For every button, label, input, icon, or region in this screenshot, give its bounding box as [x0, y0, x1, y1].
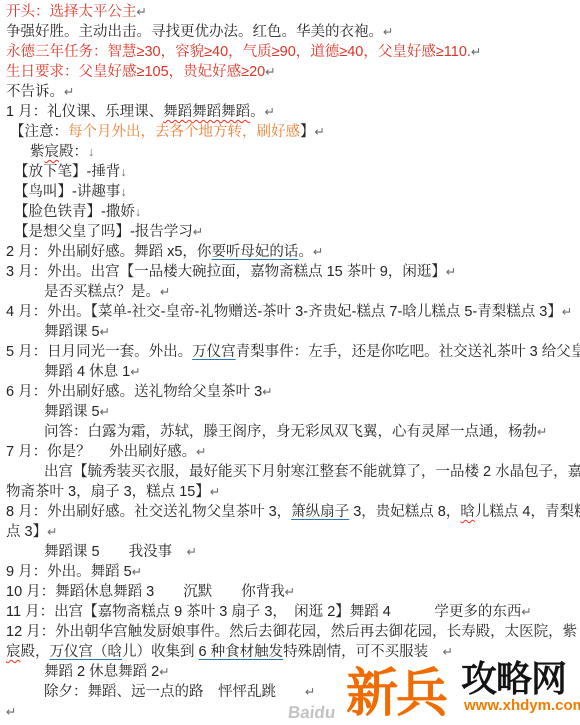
- text-segment: 除夕：舞蹈、远一点的路 怦怦乱跳: [44, 684, 305, 700]
- doc-line-18: 5 月：日月同光一套。外出。万仪宫青梨事件：左手，还是你吃吧。社交送礼茶叶 3 …: [6, 342, 580, 362]
- paragraph-mark: ↵: [210, 485, 220, 499]
- paragraph-mark: ↵: [443, 645, 453, 659]
- text-segment: 【放下笔】-捶背: [14, 164, 120, 180]
- paragraph-mark: ↵: [315, 125, 325, 139]
- text-segment: 殿：: [59, 144, 88, 160]
- underlined-link-text[interactable]: 要听母妃的话: [211, 244, 298, 260]
- text-segment: 。: [298, 244, 313, 260]
- doc-line-12: 【是想父皇了吗】-报告学习↵: [6, 222, 580, 242]
- paragraph-mark: ↵: [285, 585, 295, 599]
- paragraph-mark: ↵: [193, 225, 203, 239]
- underlined-link-text[interactable]: 6 种食材触发: [199, 644, 284, 660]
- doc-line-20: 6 月：外出刷好感。送礼物给父皇茶叶 3↵: [6, 382, 580, 402]
- paragraph-mark: ↵: [159, 665, 169, 679]
- text-segment: 2 月：外出刷好感。舞蹈 x5，你: [6, 244, 211, 260]
- paragraph-mark: ↵: [64, 85, 74, 99]
- text-segment: 点 3】: [6, 524, 47, 540]
- text-segment: 争强好胜。主动出击。寻找更优办法。红色。华美的衣袍。: [6, 24, 383, 40]
- text-segment: 12 月：外出朝华宫触发厨娘事件。然后去御花园，然后再去御花园，长寿殿，太医院，…: [6, 624, 577, 640]
- spellcheck-flagged-text: 宸: [6, 644, 21, 660]
- underlined-link-text[interactable]: 箫纵扇子: [291, 504, 349, 520]
- text-segment: 【是想父皇了吗】-报告学习: [14, 224, 193, 240]
- doc-line-34: 舞蹈 2 休息舞蹈 2↵: [6, 662, 580, 682]
- paragraph-mark: ↵: [265, 65, 275, 79]
- paragraph-mark: ↵: [100, 405, 110, 419]
- doc-line-4: 生日要求：父皇好感≥105，贵妃好感≥20↵: [6, 62, 580, 82]
- doc-line-16: 4 月：外出。【菜单-社交-皇帝-礼物赠送-茶叶 3-齐贵妃-糕点 7-晗儿糕点…: [6, 302, 580, 322]
- doc-line-24: 出宫【毓秀装买衣服，最好能买下月射寒江整套不能就算了，一品楼 2 水晶包子，嘉: [6, 462, 580, 482]
- text-segment: 舞蹈课 5: [44, 324, 100, 340]
- paragraph-mark: ↵: [47, 525, 57, 539]
- paragraph-mark: ↵: [130, 365, 140, 379]
- text-segment: 不告诉。: [6, 84, 64, 100]
- spellcheck-flagged-text: 舞蹈舞蹈舞蹈: [163, 104, 250, 120]
- paragraph-mark: ↵: [521, 605, 531, 619]
- text-segment: 8 月：外出刷好感。社交送礼物父皇茶叶 3，: [6, 504, 291, 520]
- document-page: 开头：选择太平公主↵争强好胜。主动出击。寻找更优办法。红色。华美的衣袍。↵永德三…: [0, 0, 580, 725]
- doc-line-21: 舞蹈课 5↵: [6, 402, 580, 422]
- paragraph-mark: ↵: [196, 445, 206, 459]
- text-segment: 殿，: [21, 644, 50, 660]
- text-segment: 舞蹈课 5 我没事: [44, 544, 187, 560]
- doc-line-23: 7 月：你是？ 外出刷好感。↵: [6, 442, 580, 462]
- text-segment: 5 月：日月同光一套。外出。: [6, 344, 192, 360]
- text-segment: 10 月：舞蹈休息舞蹈 3 沉默 你背我: [6, 584, 285, 600]
- doc-line-9: 【放下笔】-捶背↓: [6, 162, 580, 182]
- text-segment: 4 月：外出。【菜单-社交-皇帝-礼物赠送-茶叶 3-齐贵妃-糕点 7-晗儿糕点…: [6, 304, 562, 320]
- paragraph-mark: ↵: [100, 325, 110, 339]
- doc-line-25: 物斋茶叶 3，扇子 3，糕点 15】↵: [6, 482, 580, 502]
- text-segment: 9 月：外出。舞蹈 5: [6, 564, 132, 580]
- paragraph-mark: ↵: [265, 105, 275, 119]
- paragraph-mark: ↵: [562, 305, 572, 319]
- doc-line-22: 问答：白露为霜，苏轼，滕王阁序，身无彩凤双飞翼，心有灵犀一点通，杨勃↵: [6, 422, 580, 442]
- paragraph-mark: ↓: [120, 165, 126, 179]
- text-segment: 问答：白露为霜，苏轼，滕王阁序，身无彩凤双飞翼，心有灵犀一点通，杨勃: [44, 424, 537, 440]
- doc-line-11: 【脸色铁青】-撒娇↓: [6, 202, 580, 222]
- doc-line-27: 点 3】↵: [6, 522, 580, 542]
- paragraph-mark: ↓: [88, 145, 94, 159]
- text-segment: 7 月：你是？ 外出刷好感。: [6, 444, 196, 460]
- text-segment: 舞蹈 4 休息 1: [44, 364, 130, 380]
- doc-line-29: 9 月：外出。舞蹈 5↵: [6, 562, 580, 582]
- doc-line-7: 【注意：每个月外出，去各个地方转，刷好感】↵: [6, 122, 580, 142]
- paragraph-mark: ↵: [262, 385, 272, 399]
- doc-line-31: 11 月：出宫【嘉物斋糕点 9 茶叶 3 扇子 3， 闲逛 2】舞蹈 4 学更多…: [6, 602, 580, 622]
- text-segment: 】: [300, 124, 315, 140]
- text-segment: 3，贵妃糕点 8，: [349, 504, 460, 520]
- text-segment: 【注意：: [10, 124, 68, 140]
- paragraph-mark: ↵: [137, 5, 147, 19]
- text-segment: 紫: [30, 144, 45, 160]
- text-segment: 青梨事件：左手，还是你吃吧。社交送礼茶叶 3 给父皇。: [236, 344, 580, 360]
- underlined-link-text[interactable]: 万仪宫: [192, 344, 236, 360]
- paragraph-mark: ↵: [383, 25, 393, 39]
- text-segment: 是否买糕点？是。: [44, 284, 160, 300]
- text-segment: 6 月：外出刷好感。送礼物给父皇茶叶 3: [6, 384, 262, 400]
- paragraph-mark: ↵: [537, 425, 547, 439]
- doc-line-15: 是否买糕点？是。↵: [6, 282, 580, 302]
- text-segment: 。: [250, 104, 265, 120]
- paragraph-mark: ↵: [313, 245, 323, 259]
- doc-line-13: 2 月：外出刷好感。舞蹈 x5，你要听母妃的话。↵: [6, 242, 580, 262]
- text-segment: 特殊剧情，可不买服装: [283, 644, 443, 660]
- spellcheck-flagged-text: 宸: [45, 144, 60, 160]
- text-segment: 1 月：礼仪课、乐理课、: [6, 104, 163, 120]
- text-segment: 舞蹈课 5: [44, 404, 100, 420]
- doc-line-33: 宸殿，万仪宫（晗儿）收集到 6 种食材触发特殊剧情，可不买服装 ↵: [6, 642, 580, 662]
- doc-line-3: 永德三年任务：智慧≥30，容貌≥40，气质≥90，道德≥40，父皇好感≥110.…: [6, 42, 580, 62]
- document-body: 开头：选择太平公主↵争强好胜。主动出击。寻找更优办法。红色。华美的衣袍。↵永德三…: [6, 2, 580, 722]
- text-segment: 儿糕点 4，青梨糕: [475, 504, 580, 520]
- note-orange-text: 每个月外出，去各个地方转，刷好感: [68, 124, 300, 140]
- spellcheck-flagged-text: 晗: [460, 504, 475, 520]
- doc-line-5: 不告诉。↵: [6, 82, 580, 102]
- paragraph-mark: ↓: [120, 185, 126, 199]
- doc-line-2: 争强好胜。主动出击。寻找更优办法。红色。华美的衣袍。↵: [6, 22, 580, 42]
- doc-line-32: 12 月：外出朝华宫触发厨娘事件。然后去御花园，然后再去御花园，长寿殿，太医院，…: [6, 622, 580, 642]
- doc-line-26: 8 月：外出刷好感。社交送礼物父皇茶叶 3，箫纵扇子 3，贵妃糕点 8，晗儿糕点…: [6, 502, 580, 522]
- doc-line-14: 3 月：外出。出宫【一品楼大碗拉面，嘉物斋糕点 15 茶叶 9，闲逛】↵: [6, 262, 580, 282]
- doc-line-28: 舞蹈课 5 我没事 ↵: [6, 542, 580, 562]
- paragraph-mark: ↵: [305, 685, 315, 699]
- text-segment: 舞蹈 2 休息舞蹈 2: [44, 664, 159, 680]
- underlined-link-text[interactable]: 万仪宫（晗: [50, 644, 123, 660]
- text-segment: 物斋茶叶 3，扇子 3，糕点 15】: [6, 484, 210, 500]
- doc-line-30: 10 月：舞蹈休息舞蹈 3 沉默 你背我↵: [6, 582, 580, 602]
- doc-line-10: 【鸟叫】-讲趣事↓: [6, 182, 580, 202]
- text-segment: 出宫【毓秀装买衣服，最好能买下月射寒江整套不能就算了，一品楼 2 水晶包子，嘉: [44, 464, 580, 480]
- doc-line-36: ↵: [6, 702, 580, 722]
- paragraph-mark: ↵: [446, 265, 456, 279]
- doc-line-1: 开头：选择太平公主↵: [6, 2, 580, 22]
- highlight-red-text: 开头：选择太平公主: [6, 4, 137, 20]
- paragraph-mark: ↓: [135, 205, 141, 219]
- paragraph-mark: ↵: [6, 705, 16, 719]
- paragraph-mark: ↵: [160, 285, 170, 299]
- doc-line-35: 除夕：舞蹈、远一点的路 怦怦乱跳 ↵: [6, 682, 580, 702]
- text-segment: 11 月：出宫【嘉物斋糕点 9 茶叶 3 扇子 3， 闲逛 2】舞蹈 4 学更多…: [6, 604, 521, 620]
- text-segment: 【鸟叫】-讲趣事: [14, 184, 120, 200]
- text-segment: 【脸色铁青】-撒娇: [14, 204, 135, 220]
- paragraph-mark: ↵: [471, 45, 481, 59]
- doc-line-19: 舞蹈 4 休息 1↵: [6, 362, 580, 382]
- highlight-red-text: 永德三年任务：智慧≥30，容貌≥40，气质≥90，道德≥40，父皇好感≥110.: [6, 44, 471, 60]
- text-segment: 3 月：外出。出宫【一品楼大碗拉面，嘉物斋糕点 15 茶叶 9，闲逛】: [6, 264, 446, 280]
- doc-line-8: 紫宸殿：↓: [6, 142, 580, 162]
- paragraph-mark: ↵: [132, 565, 142, 579]
- doc-line-6: 1 月：礼仪课、乐理课、舞蹈舞蹈舞蹈。↵: [6, 102, 580, 122]
- paragraph-mark: ↵: [187, 545, 197, 559]
- doc-line-17: 舞蹈课 5↵: [6, 322, 580, 342]
- text-segment: 儿）收集到: [122, 644, 199, 660]
- highlight-red-text: 生日要求：父皇好感≥105，贵妃好感≥20: [6, 64, 265, 80]
